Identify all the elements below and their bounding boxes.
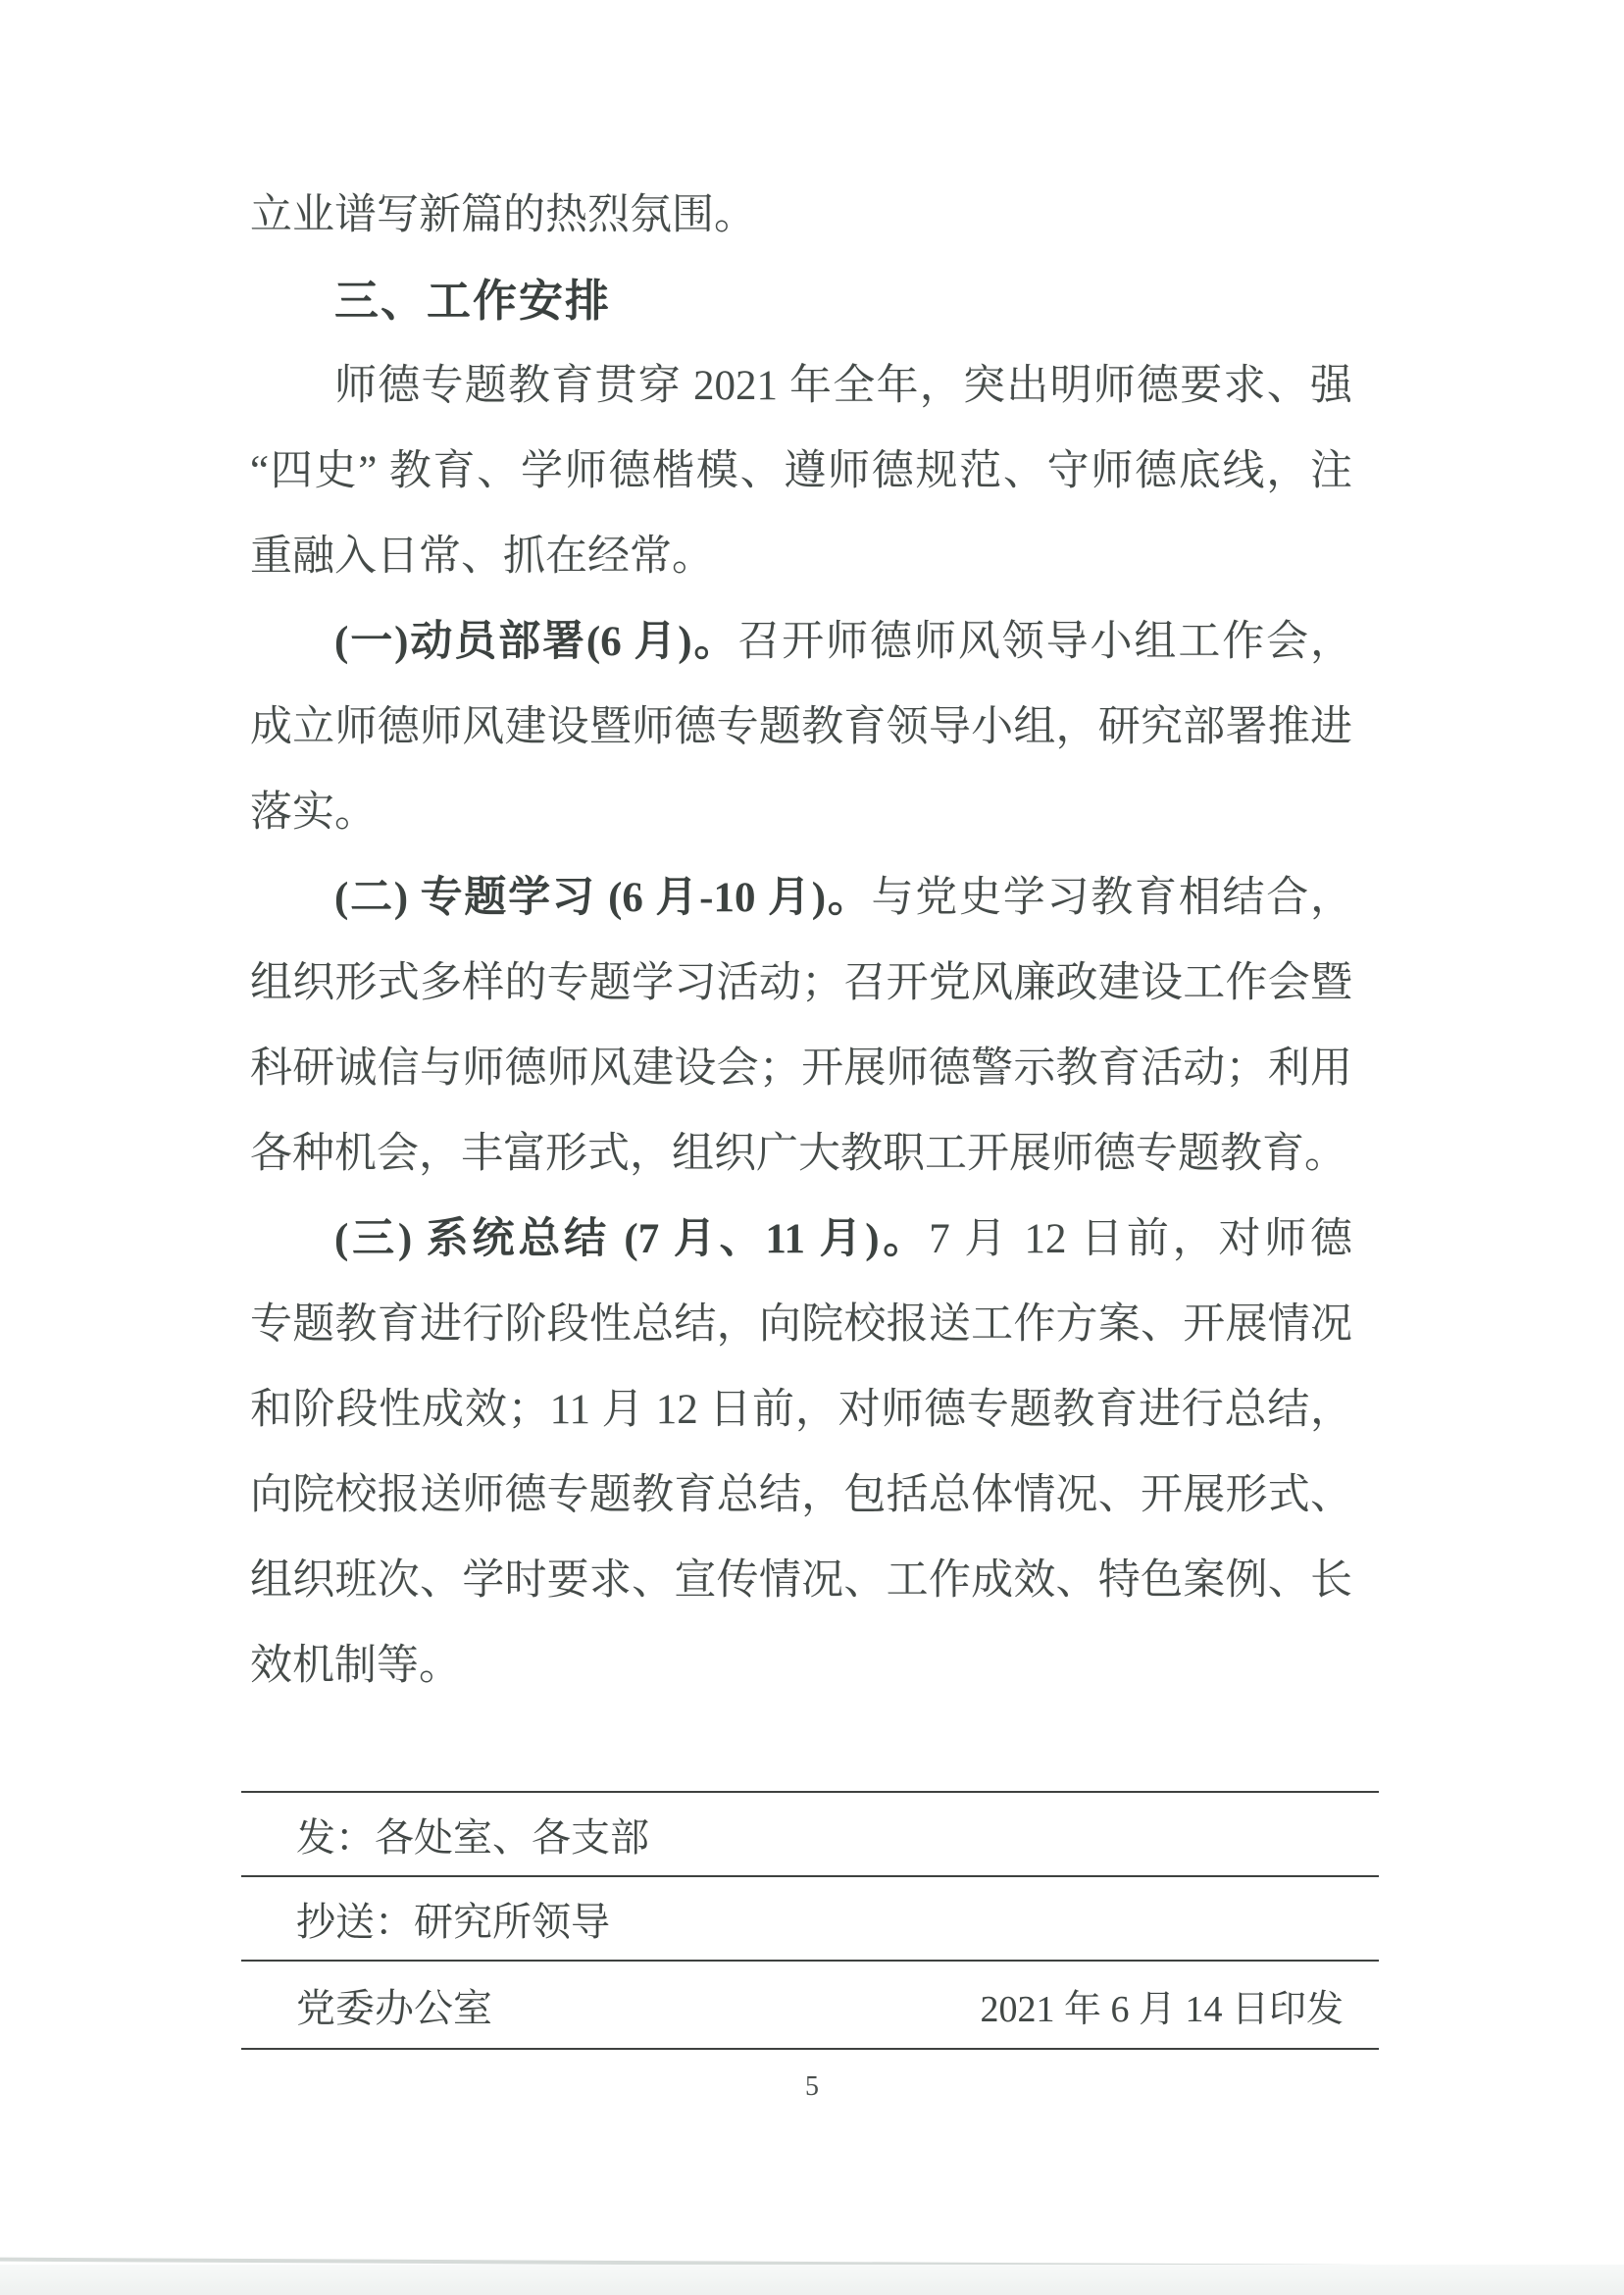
paragraph-lead: (三) 系统总结 (7 月、11 月)。 [334, 1216, 929, 1262]
text-line: 向院校报送师德专题教育总结，包括总体情况、开展形式、 [250, 1453, 1352, 1538]
paragraph-lead: (二) 专题学习 (6 月-10 月)。 [334, 875, 872, 921]
body-text: 科研诚信与师德师风建设会；开展师德警示教育活动；利用 [250, 1045, 1352, 1092]
body-text: 立业谱写新篇的热烈氛围。 [250, 192, 756, 238]
body-text: 和阶段性成效；11 月 12 日前，对师德专题教育进行总结， [250, 1387, 1352, 1433]
text-line: 和阶段性成效；11 月 12 日前，对师德专题教育进行总结， [250, 1367, 1352, 1453]
text-line: 组织形式多样的专题学习活动；召开党风廉政建设工作会暨 [250, 941, 1352, 1026]
body-text: 专题教育进行阶段性总结，向院校报送工作方案、开展情况 [250, 1301, 1352, 1348]
paragraph-lead: (一)动员部署(6 月)。 [334, 619, 737, 665]
body-text: 与党史学习教育相结合， [872, 875, 1352, 921]
page-number: 5 [0, 2071, 1624, 2103]
text-line: “四史” 教育、学师德楷模、遵师德规范、守师德底线，注 [250, 429, 1352, 514]
issuer-name: 党委办公室 [296, 1977, 492, 2033]
document-footer: 发：各处室、各支部 抄送：研究所领导 党委办公室 2021 年 6 月 14 日… [241, 1791, 1379, 2050]
print-date: 2021 年 6 月 14 日印发 [980, 1978, 1344, 2032]
body-text: 落实。 [250, 790, 377, 836]
body-text: 各种机会，丰富形式，组织广大教职工开展师德专题教育。 [250, 1131, 1346, 1177]
text-line: 成立师德师风建设暨师德专题教育领导小组，研究部署推进 [250, 685, 1352, 770]
body-text: 7 月 12 日前，对师德 [929, 1216, 1352, 1262]
text-line: 三、工作安排 [250, 258, 1352, 343]
distribution-text: 发：各处室、各支部 [296, 1807, 649, 1862]
body-text: 效机制等。 [250, 1643, 461, 1689]
scan-artifact-edge [0, 2265, 1624, 2295]
text-line: (二) 专题学习 (6 月-10 月)。与党史学习教育相结合， [250, 855, 1352, 941]
body-text: 重融入日常、抓在经常。 [250, 534, 714, 580]
text-line: 立业谱写新篇的热烈氛围。 [250, 173, 1352, 258]
text-line: 重融入日常、抓在经常。 [250, 514, 1352, 599]
cc-row: 抄送：研究所领导 [241, 1875, 1379, 1960]
body-text: 向院校报送师德专题教育总结，包括总体情况、开展形式、 [250, 1472, 1352, 1518]
text-line: (一)动员部署(6 月)。召开师德师风领导小组工作会， [250, 599, 1352, 685]
text-line: 专题教育进行阶段性总结，向院校报送工作方案、开展情况 [250, 1282, 1352, 1367]
body-text: 师德专题教育贯穿 2021 年全年，突出明师德要求、强 [334, 363, 1352, 409]
text-line: 师德专题教育贯穿 2021 年全年，突出明师德要求、强 [250, 343, 1352, 429]
body-text: 组织班次、学时要求、宣传情况、工作成效、特色案例、长 [250, 1557, 1352, 1604]
cc-text: 抄送：研究所领导 [296, 1891, 610, 1947]
body-text: 组织形式多样的专题学习活动；召开党风廉政建设工作会暨 [250, 960, 1352, 1006]
body-lines: 立业谱写新篇的热烈氛围。三、工作安排师德专题教育贯穿 2021 年全年，突出明师… [250, 173, 1352, 1708]
body-text: 召开师德师风领导小组工作会， [737, 619, 1352, 665]
text-line: (三) 系统总结 (7 月、11 月)。7 月 12 日前，对师德 [250, 1197, 1352, 1282]
text-line: 落实。 [250, 770, 1352, 855]
distribution-row: 发：各处室、各支部 [241, 1791, 1379, 1875]
section-heading: 三、工作安排 [334, 276, 611, 326]
body-text: “四史” 教育、学师德楷模、遵师德规范、守师德底线，注 [250, 448, 1352, 494]
issuer-row: 党委办公室 2021 年 6 月 14 日印发 [241, 1960, 1379, 2050]
text-line: 科研诚信与师德师风建设会；开展师德警示教育活动；利用 [250, 1026, 1352, 1111]
text-line: 效机制等。 [250, 1623, 1352, 1708]
body-text: 成立师德师风建设暨师德专题教育领导小组，研究部署推进 [250, 704, 1352, 750]
document-page: 立业谱写新篇的热烈氛围。三、工作安排师德专题教育贯穿 2021 年全年，突出明师… [0, 0, 1624, 2295]
text-line: 组织班次、学时要求、宣传情况、工作成效、特色案例、长 [250, 1538, 1352, 1623]
text-line: 各种机会，丰富形式，组织广大教职工开展师德专题教育。 [250, 1111, 1352, 1197]
